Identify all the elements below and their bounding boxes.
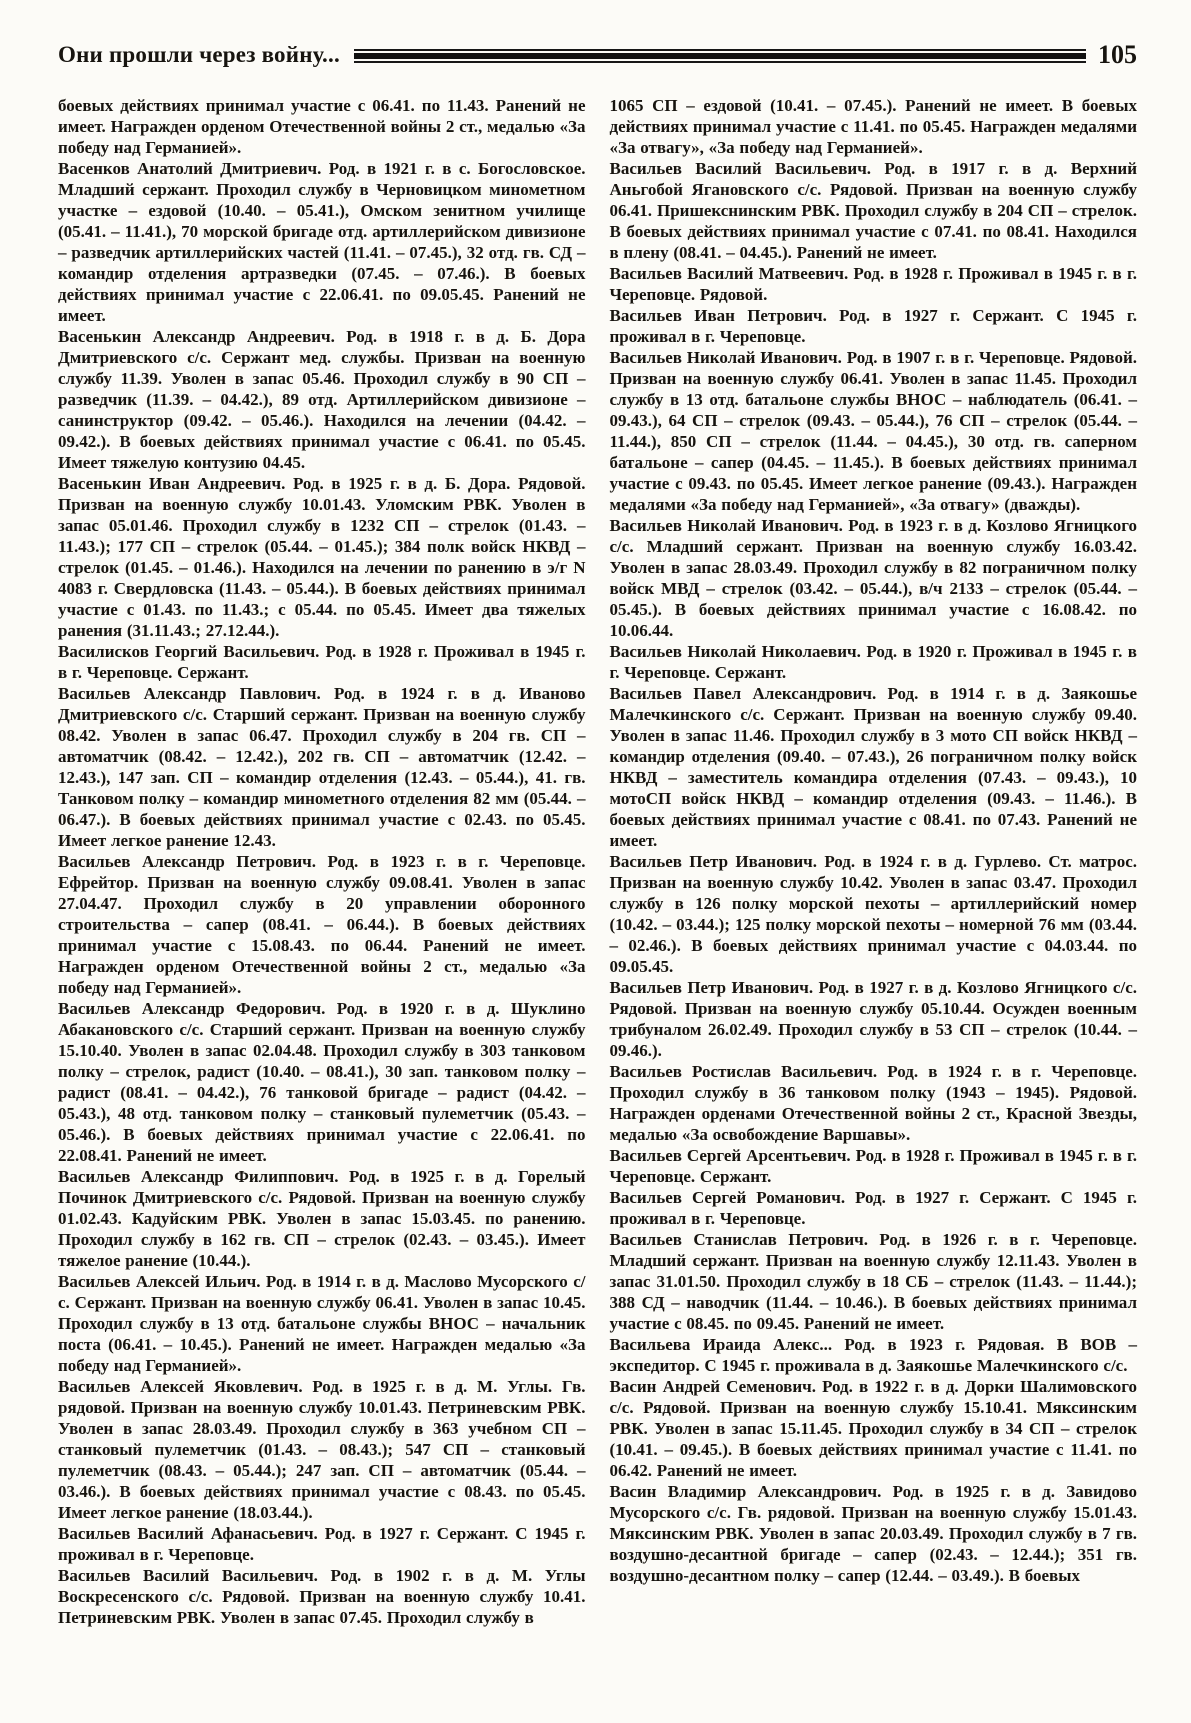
entry-paragraph: боевых действиях принимал участие с 06.4… bbox=[58, 95, 586, 158]
header-rule-top-line bbox=[354, 49, 1086, 51]
entry-paragraph: 1065 СП – ездовой (10.41. – 07.45.). Ран… bbox=[610, 95, 1138, 158]
entry-paragraph: Васин Андрей Семенович. Род. в 1922 г. в… bbox=[610, 1376, 1138, 1481]
entry-paragraph: Васильев Павел Александрович. Род. в 191… bbox=[610, 683, 1138, 851]
page-number: 105 bbox=[1098, 40, 1137, 70]
header-rule-middle-line bbox=[354, 53, 1086, 59]
entry-paragraph: Васильев Василий Васильевич. Род. в 1902… bbox=[58, 1565, 586, 1628]
entry-paragraph: Васильев Сергей Арсентьевич. Род. в 1928… bbox=[610, 1145, 1138, 1187]
text-columns: боевых действиях принимал участие с 06.4… bbox=[0, 70, 1191, 1628]
entry-paragraph: Васильева Ираида Алекс... Род. в 1923 г.… bbox=[610, 1334, 1138, 1376]
entry-paragraph: Васенькин Александр Андреевич. Род. в 19… bbox=[58, 326, 586, 473]
entry-paragraph: Васильев Николай Николаевич. Род. в 1920… bbox=[610, 641, 1138, 683]
entry-paragraph: Васильев Александр Федорович. Род. в 192… bbox=[58, 998, 586, 1166]
entry-paragraph: Васильев Василий Матвеевич. Род. в 1928 … bbox=[610, 263, 1138, 305]
header-rule bbox=[354, 49, 1086, 63]
entry-paragraph: Васильев Александр Филиппович. Род. в 19… bbox=[58, 1166, 586, 1271]
entry-paragraph: Васильев Василий Афанасьевич. Род. в 192… bbox=[58, 1523, 586, 1565]
entry-paragraph: Васильев Станислав Петрович. Род. в 1926… bbox=[610, 1229, 1138, 1334]
entry-paragraph: Васенькин Иван Андреевич. Род. в 1925 г.… bbox=[58, 473, 586, 641]
entry-paragraph: Васильев Алексей Ильич. Род. в 1914 г. в… bbox=[58, 1271, 586, 1376]
left-column: боевых действиях принимал участие с 06.4… bbox=[58, 95, 586, 1628]
entry-paragraph: Васильев Сергей Романович. Род. в 1927 г… bbox=[610, 1187, 1138, 1229]
entry-paragraph: Васильев Николай Иванович. Род. в 1923 г… bbox=[610, 515, 1138, 641]
book-page: Они прошли через войну... 105 боевых дей… bbox=[0, 0, 1191, 1723]
entry-paragraph: Васин Владимир Александрович. Род. в 192… bbox=[610, 1481, 1138, 1586]
running-title: Они прошли через войну... bbox=[58, 42, 340, 68]
page-header: Они прошли через войну... 105 bbox=[0, 0, 1191, 70]
right-column: 1065 СП – ездовой (10.41. – 07.45.). Ран… bbox=[610, 95, 1138, 1628]
entry-paragraph: Васильев Николай Иванович. Род. в 1907 г… bbox=[610, 347, 1138, 515]
entry-paragraph: Васенков Анатолий Дмитриевич. Род. в 192… bbox=[58, 158, 586, 326]
entry-paragraph: Васильев Алексей Яковлевич. Род. в 1925 … bbox=[58, 1376, 586, 1523]
entry-paragraph: Васильев Александр Павлович. Род. в 1924… bbox=[58, 683, 586, 851]
header-rule-bottom-line bbox=[354, 61, 1086, 63]
entry-paragraph: Васильев Александр Петрович. Род. в 1923… bbox=[58, 851, 586, 998]
entry-paragraph: Васильев Ростислав Васильевич. Род. в 19… bbox=[610, 1061, 1138, 1145]
entry-paragraph: Васильев Василий Васильевич. Род. в 1917… bbox=[610, 158, 1138, 263]
entry-paragraph: Васильев Иван Петрович. Род. в 1927 г. С… bbox=[610, 305, 1138, 347]
entry-paragraph: Васильев Петр Иванович. Род. в 1924 г. в… bbox=[610, 851, 1138, 977]
entry-paragraph: Василисков Георгий Васильевич. Род. в 19… bbox=[58, 641, 586, 683]
entry-paragraph: Васильев Петр Иванович. Род. в 1927 г. в… bbox=[610, 977, 1138, 1061]
